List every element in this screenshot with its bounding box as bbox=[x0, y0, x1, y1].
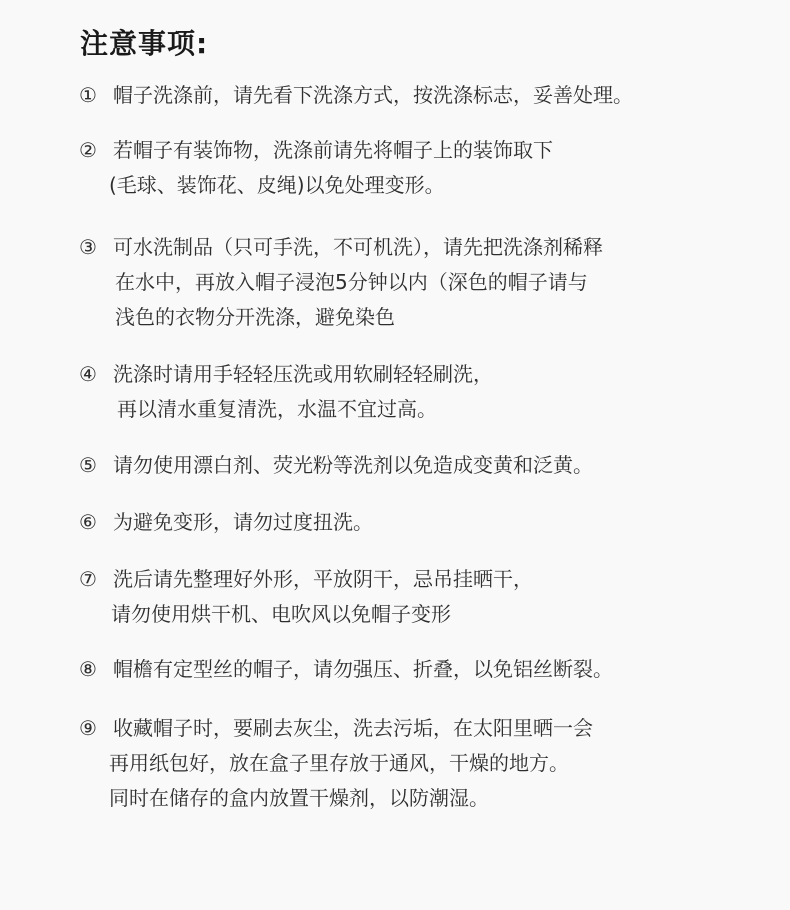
item-text: 洗涤时请用手轻轻压洗或用软刷轻轻刷洗， bbox=[113, 362, 493, 386]
item-text: 收藏帽子时，要刷去灰尘，洗去污垢，在太阳里晒一会 bbox=[113, 716, 593, 740]
item-number: ⑤ bbox=[79, 448, 113, 483]
instruction-item-1: ①帽子洗涤前，请先看下洗涤方式，按洗涤标志，妥善处理。 bbox=[79, 78, 633, 113]
page-title: 注意事项: bbox=[80, 22, 208, 62]
instruction-item-5: ⑤请勿使用漂白剂、荧光粉等洗剂以免造成变黄和泛黄。 bbox=[79, 448, 593, 483]
item-number: ⑥ bbox=[79, 505, 113, 540]
item-number: ① bbox=[79, 78, 113, 113]
instruction-item-9: ⑨收藏帽子时，要刷去灰尘，洗去污垢，在太阳里晒一会 再用纸包好，放在盒子里存放于… bbox=[79, 711, 593, 816]
instruction-item-4: ④洗涤时请用手轻轻压洗或用软刷轻轻刷洗， 再以清水重复清洗，水温不宜过高。 bbox=[79, 357, 493, 427]
instruction-item-8: ⑧帽檐有定型丝的帽子，请勿强压、折叠，以免铝丝断裂。 bbox=[79, 652, 613, 687]
item-text: 在水中，再放入帽子浸泡5分钟以内（深色的帽子请与 bbox=[79, 265, 603, 300]
item-number: ④ bbox=[79, 357, 113, 392]
item-text: 再用纸包好，放在盒子里存放于通风，干燥的地方。 bbox=[79, 746, 593, 781]
item-number: ② bbox=[79, 133, 113, 168]
item-text: 若帽子有装饰物，洗涤前请先将帽子上的装饰取下 bbox=[113, 138, 553, 162]
instruction-item-3: ③可水洗制品（只可手洗，不可机洗），请先把洗涤剂稀释 在水中，再放入帽子浸泡5分… bbox=[79, 230, 603, 335]
instruction-item-6: ⑥为避免变形，请勿过度扭洗。 bbox=[79, 505, 373, 540]
item-number: ⑧ bbox=[79, 652, 113, 687]
item-text: 请勿使用漂白剂、荧光粉等洗剂以免造成变黄和泛黄。 bbox=[113, 453, 593, 477]
item-text: 帽檐有定型丝的帽子，请勿强压、折叠，以免铝丝断裂。 bbox=[113, 657, 613, 681]
item-text: 为避免变形，请勿过度扭洗。 bbox=[113, 510, 373, 534]
item-number: ⑦ bbox=[79, 562, 113, 597]
item-text: 同时在储存的盒内放置干燥剂，以防潮湿。 bbox=[79, 781, 593, 816]
item-text: 再以清水重复清洗，水温不宜过高。 bbox=[79, 392, 493, 427]
item-number: ③ bbox=[79, 230, 113, 265]
item-text: 请勿使用烘干机、电吹风以免帽子变形 bbox=[79, 597, 533, 632]
item-text: 可水洗制品（只可手洗，不可机洗），请先把洗涤剂稀释 bbox=[113, 235, 603, 259]
instruction-item-2: ②若帽子有装饰物，洗涤前请先将帽子上的装饰取下 (毛球、装饰花、皮绳)以免处理变… bbox=[79, 133, 553, 203]
item-text: 浅色的衣物分开洗涤，避免染色 bbox=[79, 300, 603, 335]
item-text: 帽子洗涤前，请先看下洗涤方式，按洗涤标志，妥善处理。 bbox=[113, 83, 633, 107]
instruction-item-7: ⑦洗后请先整理好外形，平放阴干，忌吊挂晒干， 请勿使用烘干机、电吹风以免帽子变形 bbox=[79, 562, 533, 632]
item-number: ⑨ bbox=[79, 711, 113, 746]
item-text: 洗后请先整理好外形，平放阴干，忌吊挂晒干， bbox=[113, 567, 533, 591]
item-text: (毛球、装饰花、皮绳)以免处理变形。 bbox=[79, 168, 553, 203]
